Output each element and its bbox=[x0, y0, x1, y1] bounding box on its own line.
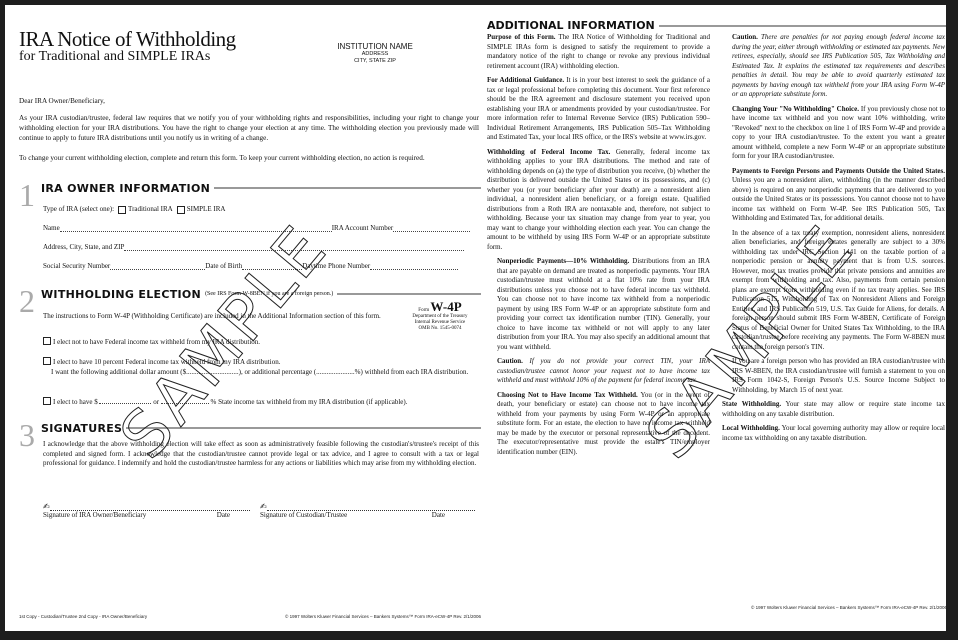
paragraph-heading: Withholding of Federal Income Tax. bbox=[487, 148, 610, 156]
divider bbox=[126, 427, 481, 429]
election-option-2: I elect to have 10 percent Federal incom… bbox=[43, 357, 479, 377]
paragraph-heading: State Withholding. bbox=[722, 400, 781, 408]
institution-name: INSTITUTION NAME bbox=[305, 42, 445, 51]
additional-info-column-2: Caution. There are penalties for not pay… bbox=[722, 33, 945, 448]
paragraph-text: Distributions from an IRA that are payab… bbox=[497, 257, 710, 351]
additional-info-heading: ADDITIONAL INFORMATION bbox=[487, 19, 946, 32]
w4p-instructions: The instructions to Form W-4P (Withholdi… bbox=[43, 311, 393, 321]
info-paragraph: Local Withholding. Your local governing … bbox=[722, 424, 945, 443]
election-option-3: I elect to have $ or % State income tax … bbox=[43, 397, 479, 407]
divider bbox=[659, 25, 946, 27]
ssn-field[interactable] bbox=[110, 263, 205, 270]
simple-ira-checkbox[interactable] bbox=[177, 206, 185, 214]
footer-copyright: © 1997 Wolters Kluwer Financial Services… bbox=[751, 605, 946, 610]
paragraph-text: If you are a foreign person who has prov… bbox=[732, 357, 945, 394]
address-field[interactable] bbox=[124, 244, 464, 251]
greeting: Dear IRA Owner/Beneficiary, bbox=[19, 96, 479, 106]
paragraph-heading: For Additional Guidance. bbox=[487, 76, 564, 84]
owner-signature-block: ✍ Signature of IRA Owner/Beneficiary Dat… bbox=[43, 502, 250, 519]
acknowledgement-text: I acknowledge that the above withholding… bbox=[43, 440, 479, 469]
paragraph-heading: Changing Your "No Withholding" Choice. bbox=[732, 105, 859, 113]
phone-field[interactable] bbox=[370, 263, 458, 270]
footer-copies: 1st Copy - Custodian/Trustee 2nd Copy - … bbox=[19, 614, 147, 619]
institution-block: INSTITUTION NAME ADDRESS CITY, STATE ZIP bbox=[305, 42, 445, 65]
paragraph-text: It is in your best interest to seek the … bbox=[487, 76, 710, 141]
section-heading-signatures: SIGNATURES bbox=[41, 421, 481, 435]
paragraph-heading: Payments to Foreign Persons and Payments… bbox=[732, 167, 945, 175]
info-paragraph: Choosing Not to Have Income Tax Withheld… bbox=[487, 391, 710, 458]
election-option-1: I elect not to have Federal income tax w… bbox=[43, 337, 479, 347]
info-paragraph: Caution. There are penalties for not pay… bbox=[722, 33, 945, 100]
paragraph-heading: Purpose of this Form. bbox=[487, 33, 556, 41]
divider bbox=[337, 293, 481, 295]
traditional-ira-checkbox[interactable] bbox=[118, 206, 126, 214]
section-heading-owner-info: IRA OWNER INFORMATION bbox=[41, 181, 481, 195]
divider bbox=[214, 187, 481, 189]
name-row: Name IRA Account Number bbox=[43, 224, 470, 233]
info-paragraph: For Additional Guidance. It is in your b… bbox=[487, 76, 710, 143]
info-paragraph: Purpose of this Form. The IRA Notice of … bbox=[487, 33, 710, 71]
paragraph-heading: Nonperiodic Payments—10% Withholding. bbox=[497, 257, 629, 265]
info-paragraph: Payments to Foreign Persons and Payments… bbox=[722, 167, 945, 224]
paragraph-heading: Local Withholding. bbox=[722, 424, 780, 432]
section-heading-withholding: WITHHOLDING ELECTION (See IRS Form W-8BE… bbox=[41, 287, 481, 301]
info-paragraph: Withholding of Federal Income Tax. Gener… bbox=[487, 148, 710, 253]
address-row: Address, City, State, and ZIP bbox=[43, 243, 464, 252]
name-field[interactable] bbox=[60, 225, 332, 232]
section-number-3: 3 bbox=[19, 420, 35, 450]
intro-paragraph-2: To change your current withholding elect… bbox=[19, 153, 479, 163]
pen-icon: ✍ bbox=[43, 502, 50, 511]
form-title: IRA Notice of Withholding bbox=[19, 29, 236, 50]
state-tax-checkbox[interactable] bbox=[43, 397, 51, 405]
institution-city: CITY, STATE ZIP bbox=[305, 58, 445, 65]
account-number-field[interactable] bbox=[393, 225, 470, 232]
paragraph-italic: There are penalties for not paying enoug… bbox=[732, 33, 945, 98]
paragraph-heading: Choosing Not to Have Income Tax Withheld… bbox=[497, 391, 638, 399]
paragraph-text: In the absence of a tax treaty exemption… bbox=[732, 229, 945, 351]
paragraph-heading: Caution. bbox=[497, 357, 523, 365]
w4p-form-block: Form W-4P Department of the Treasury Int… bbox=[400, 304, 480, 332]
no-withholding-checkbox[interactable] bbox=[43, 337, 51, 345]
paragraph-text: You (or in the event of death, your bene… bbox=[497, 391, 710, 456]
ira-type-row: Type of IRA (select one): Traditional IR… bbox=[43, 205, 225, 214]
additional-info-column-1: Purpose of this Form. The IRA Notice of … bbox=[487, 33, 710, 462]
ssn-row: Social Security Number Date of Birth Day… bbox=[43, 262, 458, 271]
section-number-1: 1 bbox=[19, 180, 35, 210]
pen-icon: ✍ bbox=[260, 502, 267, 511]
info-paragraph: If you are a foreign person who has prov… bbox=[722, 357, 945, 395]
institution-address: ADDRESS bbox=[305, 51, 445, 58]
state-percent-field[interactable] bbox=[161, 397, 209, 404]
section-number-2: 2 bbox=[19, 286, 35, 316]
info-paragraph: Caution. If you do not provide your corr… bbox=[487, 357, 710, 386]
paragraph-heading: Caution. bbox=[732, 33, 758, 41]
paragraph-text: Generally, federal income tax withholdin… bbox=[487, 148, 710, 251]
form-page-left: IRA Notice of Withholding for Traditiona… bbox=[5, 5, 481, 631]
additional-amount-field[interactable]: I want the following additional dollar a… bbox=[43, 367, 468, 377]
info-paragraph: In the absence of a tax treaty exemption… bbox=[722, 229, 945, 353]
paragraph-text: Unless you are a nonresident alien, with… bbox=[732, 176, 945, 222]
state-dollar-field[interactable] bbox=[99, 397, 151, 404]
form-page-right: ADDITIONAL INFORMATION Purpose of this F… bbox=[481, 5, 946, 631]
info-paragraph: Changing Your "No Withholding" Choice. I… bbox=[722, 105, 945, 162]
dob-field[interactable] bbox=[242, 263, 302, 270]
form-subtitle: for Traditional and SIMPLE IRAs bbox=[19, 50, 210, 64]
info-paragraph: State Withholding. Your state may allow … bbox=[722, 400, 945, 419]
footer-copyright: © 1997 Wolters Kluwer Financial Services… bbox=[285, 614, 481, 619]
paragraph-italic: If you do not provide your correct TIN, … bbox=[497, 357, 710, 384]
info-paragraph: Nonperiodic Payments—10% Withholding. Di… bbox=[487, 257, 710, 352]
ten-percent-checkbox[interactable] bbox=[43, 357, 51, 365]
intro-paragraph: As your IRA custodian/trustee, federal l… bbox=[19, 113, 479, 143]
custodian-signature-block: ✍ Signature of Custodian/Trustee Date bbox=[260, 502, 475, 519]
